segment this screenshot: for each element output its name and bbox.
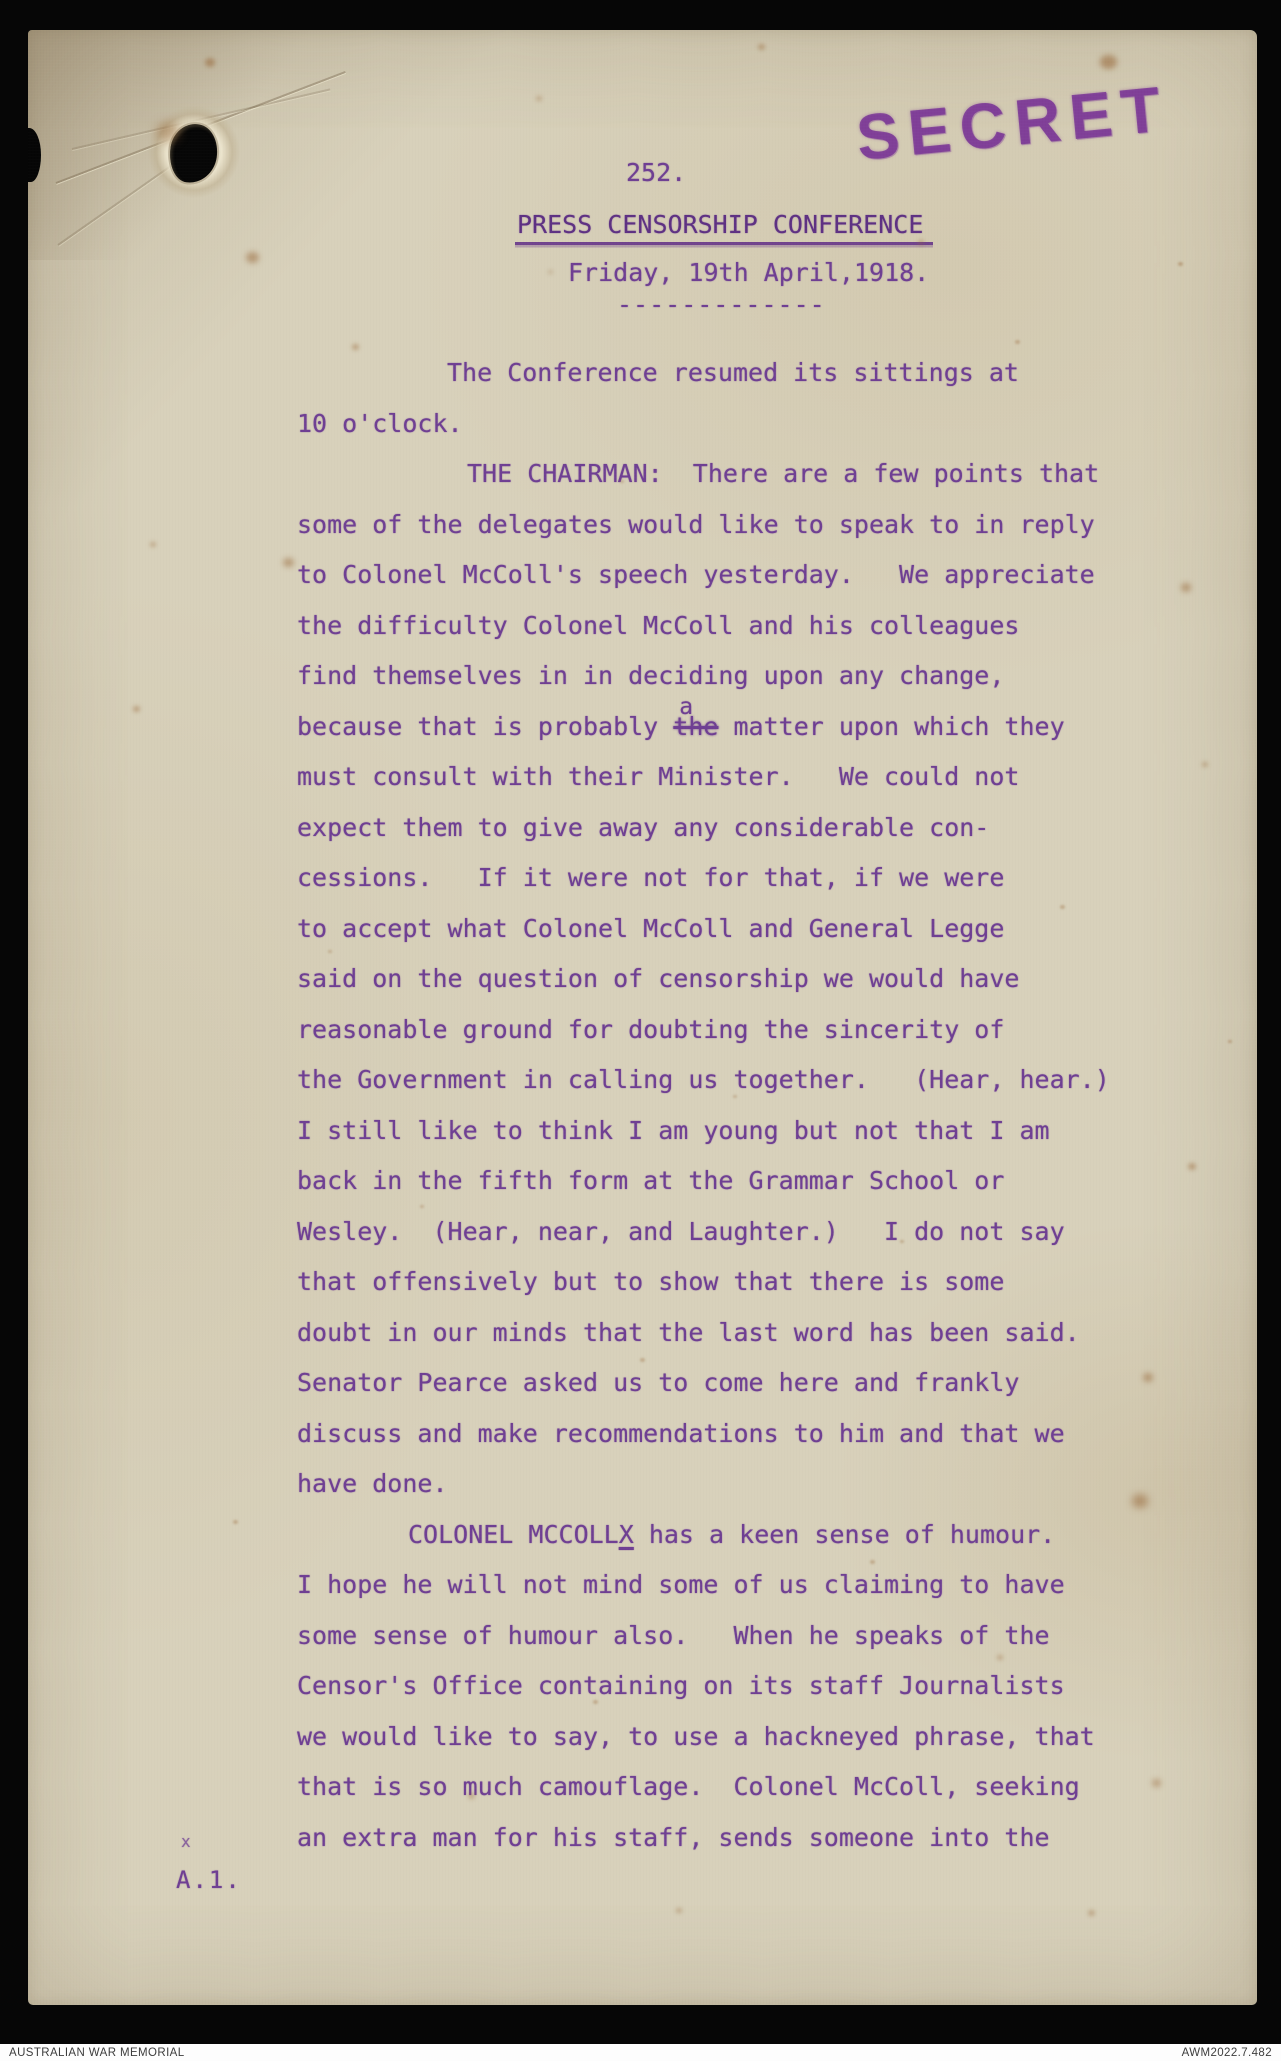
text-line: Wesley. (Hear, near, and Laughter.) I do… xyxy=(297,1207,1197,1258)
text-segment: 10 o'clock. xyxy=(297,409,463,438)
foxing-stain xyxy=(133,706,140,712)
text-segment: have done. xyxy=(297,1469,448,1498)
document-title: PRESS CENSORSHIP CONFERENCE xyxy=(515,210,933,245)
text-segment: because that is probably xyxy=(297,712,673,741)
text-segment: reasonable ground for doubting the since… xyxy=(297,1015,1004,1044)
text-line: expect them to give away any considerabl… xyxy=(297,803,1197,854)
foxing-stain xyxy=(1100,55,1117,69)
text-line: must consult with their Minister. We cou… xyxy=(297,752,1197,803)
text-segment: back in the fifth form at the Grammar Sc… xyxy=(297,1166,1004,1195)
foxing-stain xyxy=(1202,762,1208,767)
text-line: because that is probably athe matter upo… xyxy=(297,702,1197,753)
text-segment: some of the delegates would like to spea… xyxy=(297,510,1095,539)
text-line: COLONEL MCCOLLX has a keen sense of humo… xyxy=(297,1510,1197,1561)
text-line: Senator Pearce asked us to come here and… xyxy=(297,1358,1197,1409)
text-segment: COLONEL MCCOLL xyxy=(408,1520,619,1549)
text-line: discuss and make recommendations to him … xyxy=(297,1409,1197,1460)
text-segment: that is so much camouflage. Colonel McCo… xyxy=(297,1772,1080,1801)
page-reference-code: A.1. xyxy=(176,1866,242,1894)
text-segment: that offensively but to show that there … xyxy=(297,1267,1004,1296)
text-line: that is so much camouflage. Colonel McCo… xyxy=(297,1762,1197,1813)
foxing-stain xyxy=(233,1520,238,1524)
text-segment: said on the question of censorship we wo… xyxy=(297,964,1019,993)
document-page: SECRET 252. PRESS CENSORSHIP CONFERENCE … xyxy=(28,30,1257,2005)
foxing-stain xyxy=(1015,340,1020,344)
text-segment: the difficulty Colonel McColl and his co… xyxy=(297,611,1019,640)
document-body: The Conference resumed its sittings at10… xyxy=(297,348,1197,1863)
separator-dashes: ------------- xyxy=(617,290,826,319)
foxing-stain xyxy=(283,558,294,567)
text-segment: to accept what Colonel McColl and Genera… xyxy=(297,914,1004,943)
text-segment: I hope he will not mind some of us claim… xyxy=(297,1570,1065,1599)
text-line: have done. xyxy=(297,1459,1197,1510)
text-segment: expect them to give away any considerabl… xyxy=(297,813,989,842)
text-line: to Colonel McColl's speech yesterday. We… xyxy=(297,550,1197,601)
text-line: the difficulty Colonel McColl and his co… xyxy=(297,601,1197,652)
archive-name-label: AUSTRALIAN WAR MEMORIAL xyxy=(9,2047,185,2059)
foxing-stain xyxy=(536,96,542,101)
text-line: an extra man for his staff, sends someon… xyxy=(297,1813,1197,1864)
text-segment: has a keen sense of humour. xyxy=(634,1520,1055,1549)
text-line: I hope he will not mind some of us claim… xyxy=(297,1560,1197,1611)
footnote-mark: x xyxy=(181,1832,191,1851)
archive-footer-bar: AUSTRALIAN WAR MEMORIAL AWM2022.7.482 xyxy=(0,2044,1281,2061)
page-number: 252. xyxy=(626,158,686,187)
text-segment: we would like to say, to use a hackneyed… xyxy=(297,1722,1095,1751)
text-segment: I still like to think I am young but not… xyxy=(297,1116,1050,1145)
text-segment: discuss and make recommendations to him … xyxy=(297,1419,1065,1448)
foxing-stain xyxy=(548,270,553,274)
text-segment: Wesley. (Hear, near, and Laughter.) I do… xyxy=(297,1217,1065,1246)
text-line: the Government in calling us together. (… xyxy=(297,1055,1197,1106)
text-segment: Senator Pearce asked us to come here and… xyxy=(297,1368,1019,1397)
text-segment: the Government in calling us together. (… xyxy=(297,1065,1110,1094)
text-line: doubt in our minds that the last word ha… xyxy=(297,1308,1197,1359)
text-segment: some sense of humour also. When he speak… xyxy=(297,1621,1050,1650)
archive-item-id: AWM2022.7.482 xyxy=(1182,2047,1272,2059)
text-segment: cessions. If it were not for that, if we… xyxy=(297,863,1004,892)
text-line: back in the fifth form at the Grammar Sc… xyxy=(297,1156,1197,1207)
scan-viewport: SECRET 252. PRESS CENSORSHIP CONFERENCE … xyxy=(0,0,1281,2061)
text-segment: doubt in our minds that the last word ha… xyxy=(297,1318,1080,1347)
text-segment: an extra man for his staff, sends someon… xyxy=(297,1823,1050,1852)
text-segment: matter upon which they xyxy=(718,712,1064,741)
text-line: find themselves in in deciding upon any … xyxy=(297,651,1197,702)
text-line: The Conference resumed its sittings at xyxy=(297,348,1197,399)
text-segment: The Conference resumed its sittings at xyxy=(447,358,1019,387)
text-line: we would like to say, to use a hackneyed… xyxy=(297,1712,1197,1763)
text-segment: must consult with their Minister. We cou… xyxy=(297,762,1019,791)
foxing-stain xyxy=(246,252,259,263)
text-segment: find themselves in in deciding upon any … xyxy=(297,661,1004,690)
text-segment: Censor's Office containing on its staff … xyxy=(297,1671,1065,1700)
text-line: THE CHAIRMAN: There are a few points tha… xyxy=(297,449,1197,500)
foxing-stain xyxy=(1088,1910,1095,1916)
text-line: that offensively but to show that there … xyxy=(297,1257,1197,1308)
text-line: Censor's Office containing on its staff … xyxy=(297,1661,1197,1712)
text-segment-u: X xyxy=(619,1520,634,1549)
foxing-stain xyxy=(758,44,765,50)
text-line: cessions. If it were not for that, if we… xyxy=(297,853,1197,904)
foxing-stain xyxy=(676,1908,682,1913)
secret-stamp: SECRET xyxy=(853,71,1172,175)
text-segment: THE CHAIRMAN: There are a few points tha… xyxy=(467,459,1099,488)
text-line: to accept what Colonel McColl and Genera… xyxy=(297,904,1197,955)
foxing-stain xyxy=(205,58,215,67)
foxing-stain xyxy=(150,542,156,547)
text-line: I still like to think I am young but not… xyxy=(297,1106,1197,1157)
text-line: some of the delegates would like to spea… xyxy=(297,500,1197,551)
text-segment: to Colonel McColl's speech yesterday. We… xyxy=(297,560,1095,589)
text-line: said on the question of censorship we wo… xyxy=(297,954,1197,1005)
document-date: Friday, 19th April,1918. xyxy=(568,258,929,287)
foxing-stain xyxy=(1228,1040,1232,1043)
foxing-stain xyxy=(1178,262,1183,266)
torn-edge-notch xyxy=(24,128,41,182)
text-line: reasonable ground for doubting the since… xyxy=(297,1005,1197,1056)
text-line: some sense of humour also. When he speak… xyxy=(297,1611,1197,1662)
text-line: 10 o'clock. xyxy=(297,399,1197,450)
